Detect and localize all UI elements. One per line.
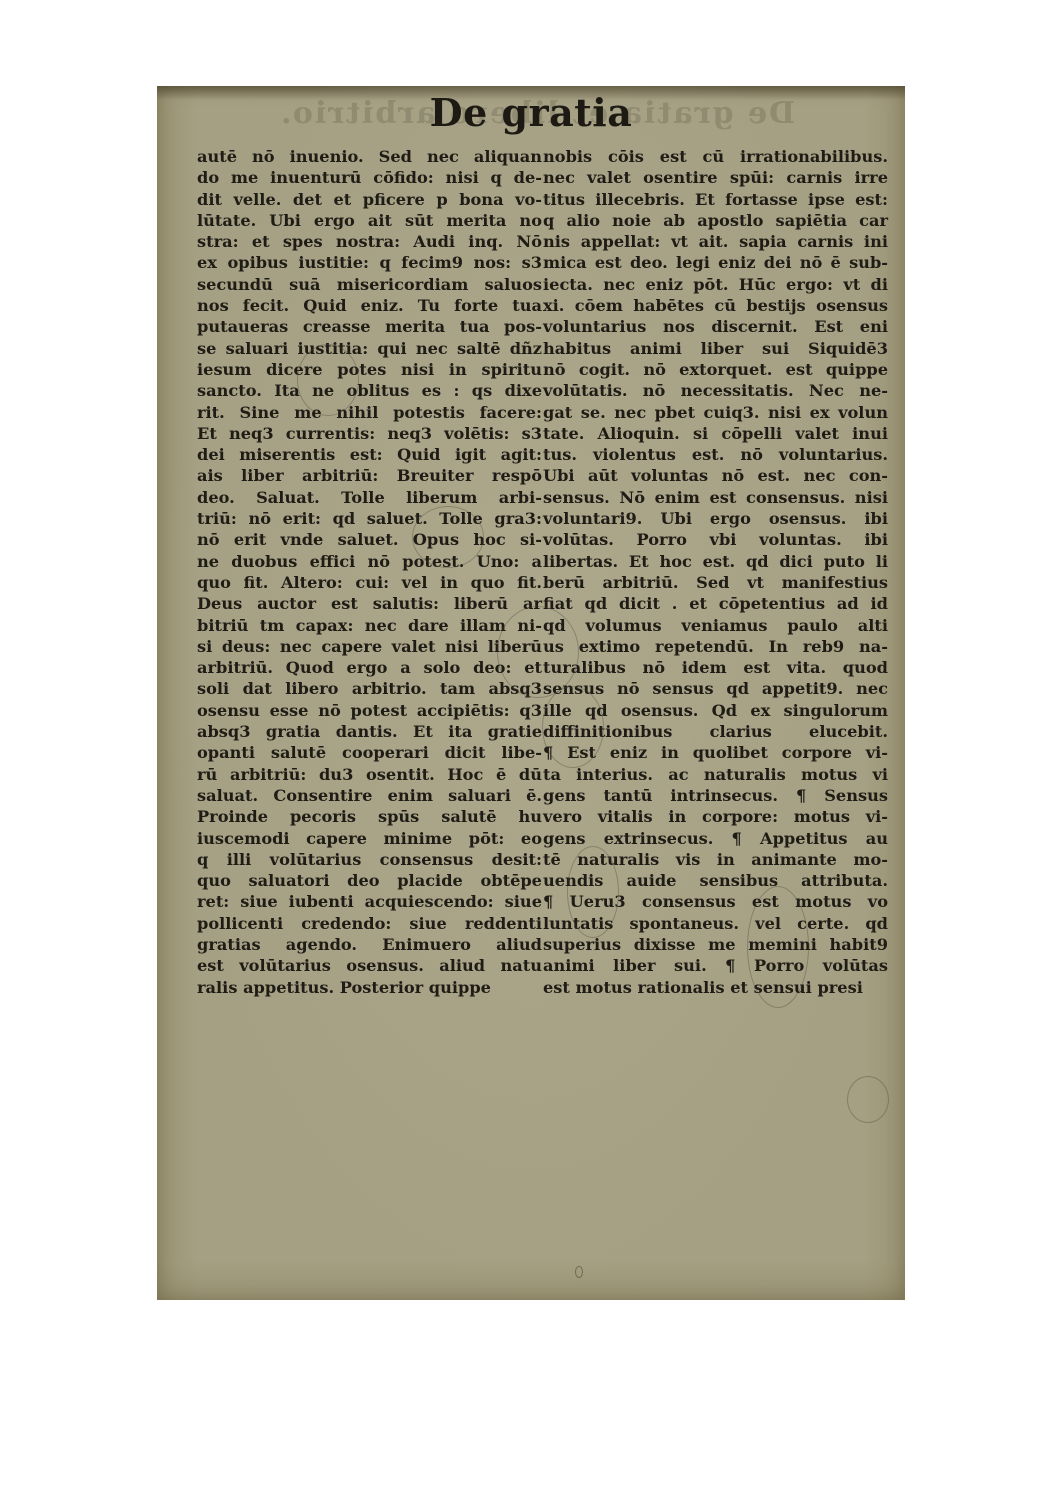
text-line: luntatis spontaneus. vel certe. qd xyxy=(543,913,888,934)
text-line: ralis appetitus. Posterior quippe xyxy=(197,977,542,998)
text-line: quo fit. Altero: cui: vel in quo fit. xyxy=(197,572,542,593)
text-line: habitus animi liber sui Siquidē3 xyxy=(543,338,888,359)
text-line: turalibus nō idem est vita. quod xyxy=(543,657,888,678)
text-line: ¶ Est eniz in quolibet corpore vi- xyxy=(543,742,888,763)
text-line: q alio noie ab apostlo sapiētia car xyxy=(543,210,888,231)
text-line: sensus. Nō enim est consensus. nisi xyxy=(543,487,888,508)
text-line: fiat qd dicit . et cōpetentius ad id xyxy=(543,593,888,614)
text-line: titus illecebris. Et fortasse ipse est: xyxy=(543,189,888,210)
text-line: libertas. Et hoc est. qd dici puto li xyxy=(543,551,888,572)
text-line: nos fecit. Quid eniz. Tu forte tua xyxy=(197,295,542,316)
text-line: superius dixisse me memini habit9 xyxy=(543,934,888,955)
pen-flourish-mark xyxy=(847,1076,889,1123)
text-line: dit velle. det et pficere p bona vo- xyxy=(197,189,542,210)
text-line: autē nō inuenio. Sed nec aliquan xyxy=(197,146,542,167)
text-line: stra: et spes nostra: Audi inq. Nō xyxy=(197,231,542,252)
text-line: ¶ Ueru3 consensus est motus vo xyxy=(543,891,888,912)
text-line: mica est deo. legi eniz dei nō ē sub- xyxy=(543,252,888,273)
text-line: saluat. Consentire enim saluari ē. xyxy=(197,785,542,806)
text-line: se saluari iustitia: qui nec saltē dñz xyxy=(197,338,542,359)
text-line: Deus auctor est salutis: liberū ar xyxy=(197,593,542,614)
text-line: us extimo repetendū. In reb9 na- xyxy=(543,636,888,657)
text-line: gratias agendo. Enimuero aliud xyxy=(197,934,542,955)
text-line: gat se. nec pbet cuiq3. nisi ex volun xyxy=(543,402,888,423)
text-line: nis appellat: vt ait. sapia carnis ini xyxy=(543,231,888,252)
text-line: uendis auide sensibus attributa. xyxy=(543,870,888,891)
book-page: De gratia et libero arbitrio. De gratia … xyxy=(157,86,905,1300)
text-line: putaueras creasse merita tua pos- xyxy=(197,316,542,337)
text-line: iesum dicere potes nisi in spiritu xyxy=(197,359,542,380)
left-text-column: autē nō inuenio. Sed nec aliquando me in… xyxy=(197,146,542,998)
text-line: absq3 gratia dantis. Et ita gratie xyxy=(197,721,542,742)
ink-speck xyxy=(575,1266,583,1278)
text-line: pollicenti credendo: siue reddenti xyxy=(197,913,542,934)
text-line: volūtatis. nō necessitatis. Nec ne- xyxy=(543,380,888,401)
text-line: voluntari9. Ubi ergo osensus. ibi xyxy=(543,508,888,529)
text-line: bitriū tm capax: nec dare illam ni- xyxy=(197,615,542,636)
text-line: berū arbitriū. Sed vt manifestius xyxy=(543,572,888,593)
text-line: ex opibus iustitie: q fecim9 nos: s3 xyxy=(197,252,542,273)
text-line: osensu esse nō potest accipiētis: q3 xyxy=(197,700,542,721)
text-line: tate. Alioquin. si cōpelli valet inui xyxy=(543,423,888,444)
text-line: secundū suā misericordiam saluos xyxy=(197,274,542,295)
text-line: rit. Sine me nihil potestis facere: xyxy=(197,402,542,423)
text-line: qd volumus veniamus paulo alti xyxy=(543,615,888,636)
text-line: sensus nō sensus qd appetit9. nec xyxy=(543,678,888,699)
text-line: q illi volūtarius consensus desit: xyxy=(197,849,542,870)
text-line: do me inuenturū cōfido: nisi q de- xyxy=(197,167,542,188)
text-line: nec valet osentire spūi: carnis irre xyxy=(543,167,888,188)
text-line: sancto. Ita ne oblitus es : qs dixe xyxy=(197,380,542,401)
text-line: est volūtarius osensus. aliud natu xyxy=(197,955,542,976)
text-line: xi. cōem habētes cū bestijs osensus xyxy=(543,295,888,316)
text-line: ret: siue iubenti acquiescendo: siue xyxy=(197,891,542,912)
text-line: nobis cōis est cū irrationabilibus. xyxy=(543,146,888,167)
right-text-column: nobis cōis est cū irrationabilibus.nec v… xyxy=(543,146,888,998)
text-line: ille qd osensus. Qd ex singulorum xyxy=(543,700,888,721)
text-line: iecta. nec eniz pōt. Hūc ergo: vt di xyxy=(543,274,888,295)
text-line: diffinitionibus clarius elucebit. xyxy=(543,721,888,742)
text-line: tus. violentus est. nō voluntarius. xyxy=(543,444,888,465)
text-line: Et neq3 currentis: neq3 volētis: s3 xyxy=(197,423,542,444)
text-line: soli dat libero arbitrio. tam absq3 xyxy=(197,678,542,699)
text-line: si deus: nec capere valet nisi liberū xyxy=(197,636,542,657)
text-line: opanti salutē cooperari dicit libe- xyxy=(197,742,542,763)
text-line: volūtas. Porro vbi voluntas. ibi xyxy=(543,529,888,550)
text-line: tē naturalis vis in animante mo- xyxy=(543,849,888,870)
text-line: vero vitalis in corpore: motus vi- xyxy=(543,806,888,827)
text-line: Ubi aūt voluntas nō est. nec con- xyxy=(543,465,888,486)
text-line: animi liber sui. ¶ Porro volūtas xyxy=(543,955,888,976)
text-line: nō erit vnde saluet. Opus hoc si- xyxy=(197,529,542,550)
text-line: ne duobus effici nō potest. Uno: a xyxy=(197,551,542,572)
text-line: gens tantū intrinsecus. ¶ Sensus xyxy=(543,785,888,806)
text-line: nō cogit. nō extorquet. est quippe xyxy=(543,359,888,380)
text-line: deo. Saluat. Tolle liberum arbi- xyxy=(197,487,542,508)
running-head: De gratia xyxy=(157,90,905,135)
text-line: gens extrinsecus. ¶ Appetitus au xyxy=(543,828,888,849)
text-line: est motus rationalis et sensui presi xyxy=(543,977,888,998)
text-line: triū: nō erit: qd saluet. Tolle gra3: xyxy=(197,508,542,529)
text-line: ais liber arbitriū: Breuiter respō xyxy=(197,465,542,486)
text-line: quo saluatori deo placide obtēpe xyxy=(197,870,542,891)
text-line: dei miserentis est: Quid igit agit: xyxy=(197,444,542,465)
text-line: iuscemodi capere minime pōt: eo xyxy=(197,828,542,849)
text-line: lūtate. Ubi ergo ait sūt merita no xyxy=(197,210,542,231)
text-line: rū arbitriū: du3 osentit. Hoc ē dū xyxy=(197,764,542,785)
text-line: arbitriū. Quod ergo a solo deo: et xyxy=(197,657,542,678)
text-line: Proinde pecoris spūs salutē hu xyxy=(197,806,542,827)
text-line: voluntarius nos discernit. Est eni xyxy=(543,316,888,337)
text-line: ta interius. ac naturalis motus vi xyxy=(543,764,888,785)
